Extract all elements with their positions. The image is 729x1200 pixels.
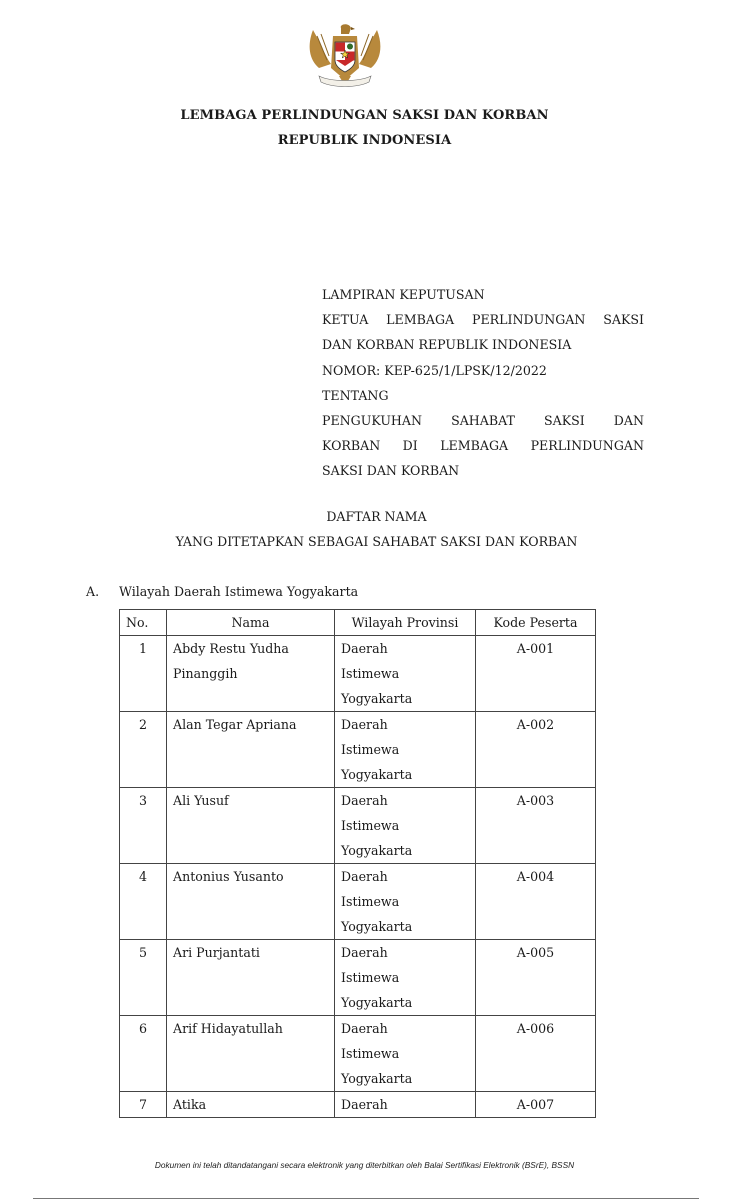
cell-kode: A-002 bbox=[476, 712, 596, 788]
section-heading: A.Wilayah Daerah Istimewa Yogyakarta bbox=[86, 584, 358, 599]
provinsi-line: Yogyakarta bbox=[341, 914, 469, 939]
cell-kode: A-003 bbox=[476, 788, 596, 864]
e-signature-note: Dokumen ini telah ditandatangani secara … bbox=[0, 1160, 729, 1170]
provinsi-line: Yogyakarta bbox=[341, 838, 469, 863]
section-title: Wilayah Daerah Istimewa Yogyakarta bbox=[119, 584, 358, 599]
garuda-emblem-icon bbox=[305, 20, 385, 96]
lampiran-line: PENGUKUHAN SAHABAT SAKSI DAN bbox=[322, 408, 644, 433]
provinsi-line: Daerah bbox=[341, 940, 469, 965]
provinsi-line: Yogyakarta bbox=[341, 1066, 469, 1091]
table-row: 6Arif HidayatullahDaerahIstimewaYogyakar… bbox=[120, 1016, 596, 1092]
cell-provinsi: DaerahIstimewaYogyakarta bbox=[335, 940, 476, 1016]
list-subtitle: YANG DITETAPKAN SEBAGAI SAHABAT SAKSI DA… bbox=[0, 534, 729, 549]
cell-nama: Ali Yusuf bbox=[167, 788, 335, 864]
cell-kode: A-006 bbox=[476, 1016, 596, 1092]
cell-kode: A-004 bbox=[476, 864, 596, 940]
cell-provinsi: DaerahIstimewaYogyakarta bbox=[335, 636, 476, 712]
cell-provinsi: DaerahIstimewaYogyakarta bbox=[335, 864, 476, 940]
lampiran-line: KETUA LEMBAGA PERLINDUNGAN SAKSI bbox=[322, 307, 644, 332]
table-row: 2Alan Tegar AprianaDaerahIstimewaYogyaka… bbox=[120, 712, 596, 788]
provinsi-line: Istimewa bbox=[341, 1041, 469, 1066]
cell-kode: A-007 bbox=[476, 1092, 596, 1118]
cell-nama: Ari Purjantati bbox=[167, 940, 335, 1016]
provinsi-line: Daerah bbox=[341, 712, 469, 737]
cell-nama: Antonius Yusanto bbox=[167, 864, 335, 940]
cell-no: 5 bbox=[120, 940, 167, 1016]
provinsi-line: Istimewa bbox=[341, 889, 469, 914]
table-row: 7AtikaDaerahA-007 bbox=[120, 1092, 596, 1118]
provinsi-line: Daerah bbox=[341, 636, 469, 661]
cell-no: 3 bbox=[120, 788, 167, 864]
lampiran-line: SAKSI DAN KORBAN bbox=[322, 458, 644, 483]
cell-nama: Arif Hidayatullah bbox=[167, 1016, 335, 1092]
cell-nama: Atika bbox=[167, 1092, 335, 1118]
provinsi-line: Daerah bbox=[341, 1092, 469, 1117]
table-row: 4Antonius YusantoDaerahIstimewaYogyakart… bbox=[120, 864, 596, 940]
provinsi-line: Istimewa bbox=[341, 813, 469, 838]
list-title: DAFTAR NAMA bbox=[0, 509, 729, 524]
cell-nama: Abdy Restu Yudha Pinanggih bbox=[167, 636, 335, 712]
provinsi-line: Yogyakarta bbox=[341, 762, 469, 787]
cell-no: 6 bbox=[120, 1016, 167, 1092]
provinsi-line: Yogyakarta bbox=[341, 990, 469, 1015]
provinsi-line: Istimewa bbox=[341, 965, 469, 990]
participants-table: No. Nama Wilayah Provinsi Kode Peserta 1… bbox=[119, 609, 596, 1118]
lampiran-line: DAN KORBAN REPUBLIK INDONESIA bbox=[322, 332, 644, 357]
lampiran-line: LAMPIRAN KEPUTUSAN bbox=[322, 282, 644, 307]
cell-provinsi: DaerahIstimewaYogyakarta bbox=[335, 1016, 476, 1092]
institution-name: LEMBAGA PERLINDUNGAN SAKSI DAN KORBAN bbox=[0, 108, 729, 123]
table-row: 1Abdy Restu Yudha PinanggihDaerahIstimew… bbox=[120, 636, 596, 712]
header-no: No. bbox=[120, 610, 167, 636]
provinsi-line: Istimewa bbox=[341, 737, 469, 762]
provinsi-line: Daerah bbox=[341, 788, 469, 813]
footer-divider bbox=[33, 1198, 699, 1199]
lampiran-line: TENTANG bbox=[322, 383, 644, 408]
cell-provinsi: DaerahIstimewaYogyakarta bbox=[335, 712, 476, 788]
provinsi-line: Istimewa bbox=[341, 661, 469, 686]
provinsi-line: Daerah bbox=[341, 1016, 469, 1041]
table-row: 5Ari PurjantatiDaerahIstimewaYogyakartaA… bbox=[120, 940, 596, 1016]
cell-no: 4 bbox=[120, 864, 167, 940]
cell-nama: Alan Tegar Apriana bbox=[167, 712, 335, 788]
lampiran-block: LAMPIRAN KEPUTUSAN KETUA LEMBAGA PERLIND… bbox=[322, 282, 644, 484]
cell-provinsi: Daerah bbox=[335, 1092, 476, 1118]
table-header-row: No. Nama Wilayah Provinsi Kode Peserta bbox=[120, 610, 596, 636]
cell-provinsi: DaerahIstimewaYogyakarta bbox=[335, 788, 476, 864]
provinsi-line: Daerah bbox=[341, 864, 469, 889]
header-kode: Kode Peserta bbox=[476, 610, 596, 636]
cell-kode: A-005 bbox=[476, 940, 596, 1016]
provinsi-line: Yogyakarta bbox=[341, 686, 469, 711]
decree-number: NOMOR: KEP-625/1/LPSK/12/2022 bbox=[322, 358, 644, 383]
cell-no: 1 bbox=[120, 636, 167, 712]
table-row: 3Ali YusufDaerahIstimewaYogyakartaA-003 bbox=[120, 788, 596, 864]
header-nama: Nama bbox=[167, 610, 335, 636]
cell-no: 7 bbox=[120, 1092, 167, 1118]
lampiran-line: KORBAN DI LEMBAGA PERLINDUNGAN bbox=[322, 433, 644, 458]
section-letter: A. bbox=[86, 584, 119, 599]
institution-country: REPUBLIK INDONESIA bbox=[0, 133, 729, 148]
cell-kode: A-001 bbox=[476, 636, 596, 712]
header-provinsi: Wilayah Provinsi bbox=[335, 610, 476, 636]
cell-no: 2 bbox=[120, 712, 167, 788]
